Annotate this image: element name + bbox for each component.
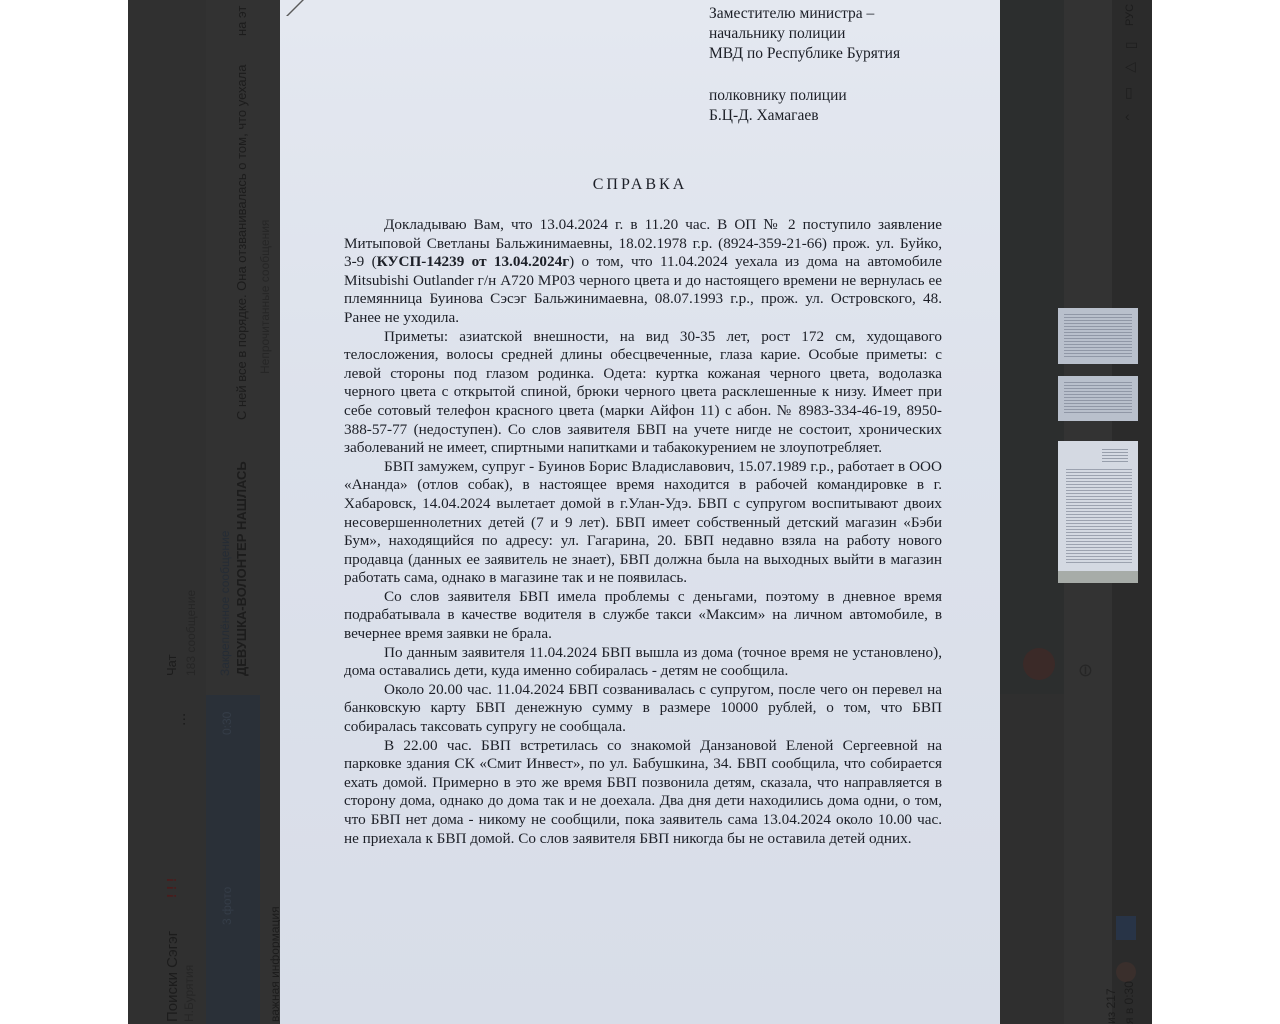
paragraph-description: Приметы: азиатской внешности, на вид 30-… (344, 328, 942, 458)
unread-divider: Непрочитанные сообщения (258, 220, 272, 374)
paragraph-work: Со слов заявителя БВП имела проблемы с д… (344, 588, 942, 644)
photo-message-strip: 0:30 3 фото (206, 695, 260, 1024)
photo-count[interactable]: 3 фото (220, 887, 234, 925)
addressee-line: Заместителю министра – (709, 4, 900, 24)
paragraph-departure: По данным заявителя 11.04.2024 БВП вышла… (344, 644, 942, 681)
chat-title[interactable]: Поиски Сэгэг (164, 931, 181, 1022)
pinned-message[interactable]: ДЕВУШКА-ВОЛОНТЕР НАШЛАСЬ (234, 461, 249, 676)
language-indicator[interactable]: РУС (1124, 4, 1136, 26)
menu-dots-icon[interactable]: ... (172, 713, 190, 726)
addressee-line: МВД по Республике Бурятия (709, 44, 900, 64)
message-tail: на эт (234, 6, 249, 36)
message-time: 0:30 (220, 712, 234, 735)
avatar[interactable] (1023, 648, 1055, 680)
chevron-up-icon[interactable]: ‹ (1125, 108, 1130, 124)
battery-icon[interactable]: ▯ (1125, 84, 1133, 101)
photo-counter: из 217 (1104, 988, 1118, 1024)
pinned-label[interactable]: Закреплённое сообщение (218, 531, 232, 676)
paragraph-report: Докладываю Вам, что 13.04.2024 г. в 11.2… (344, 216, 942, 328)
thumbnail-photo-2[interactable] (1058, 376, 1138, 421)
addressee-line: начальнику полиции (709, 24, 900, 44)
thumbnail-photo-3[interactable] (1058, 441, 1138, 583)
chat-count: 183 сообщение (184, 590, 198, 676)
addressee-block: Заместителю министра – начальнику полици… (709, 4, 900, 126)
chat-subtitle: Н.Бурятия (182, 965, 196, 1022)
police-report: Заместителю министра – начальнику полици… (280, 0, 1000, 1024)
chat-label: Чат (164, 654, 179, 676)
word-app-icon[interactable] (1116, 916, 1136, 940)
paragraph-family: БВП замужем, супруг - Буинов Борис Влади… (344, 458, 942, 588)
document-photo[interactable]: Заместителю министра – начальнику полици… (280, 0, 1000, 1024)
app-icon[interactable] (1116, 962, 1136, 982)
chat-list-panel: Поиски Сэгэг ! ! ! Н.Бурятия Чат 183 соо… (128, 0, 206, 1024)
photo-viewer-screen: Поиски Сэгэг ! ! ! Н.Бурятия Чат 183 соо… (128, 0, 1152, 1024)
display-icon[interactable]: ▭ (1125, 36, 1138, 53)
addressee-line: полковнику полиции (709, 86, 900, 106)
paragraph-call: Около 20.00 час. 11.04.2024 БВП созванив… (344, 681, 942, 737)
paragraph-last-seen: В 22.00 час. БВП встретилась со знакомой… (344, 737, 942, 849)
addressee-line: Б.Ц-Д. Хамагаев (709, 106, 900, 126)
volume-icon[interactable]: ◁ (1125, 58, 1136, 75)
message-text: С ней все в порядке. Она отзванивалась о… (234, 65, 249, 420)
document-title: СПРАВКА (280, 176, 1000, 194)
right-chat-preview (1000, 0, 1064, 694)
document-body: Докладываю Вам, что 13.04.2024 г. в 11.2… (344, 216, 942, 848)
sent-time: я в 0:30 (1122, 981, 1136, 1024)
alert-marks: ! ! ! (164, 878, 179, 898)
thumbnail-photo-1[interactable] (1058, 308, 1138, 364)
registration-number: КУСП-14239 от 13.04.2024г (377, 253, 569, 270)
